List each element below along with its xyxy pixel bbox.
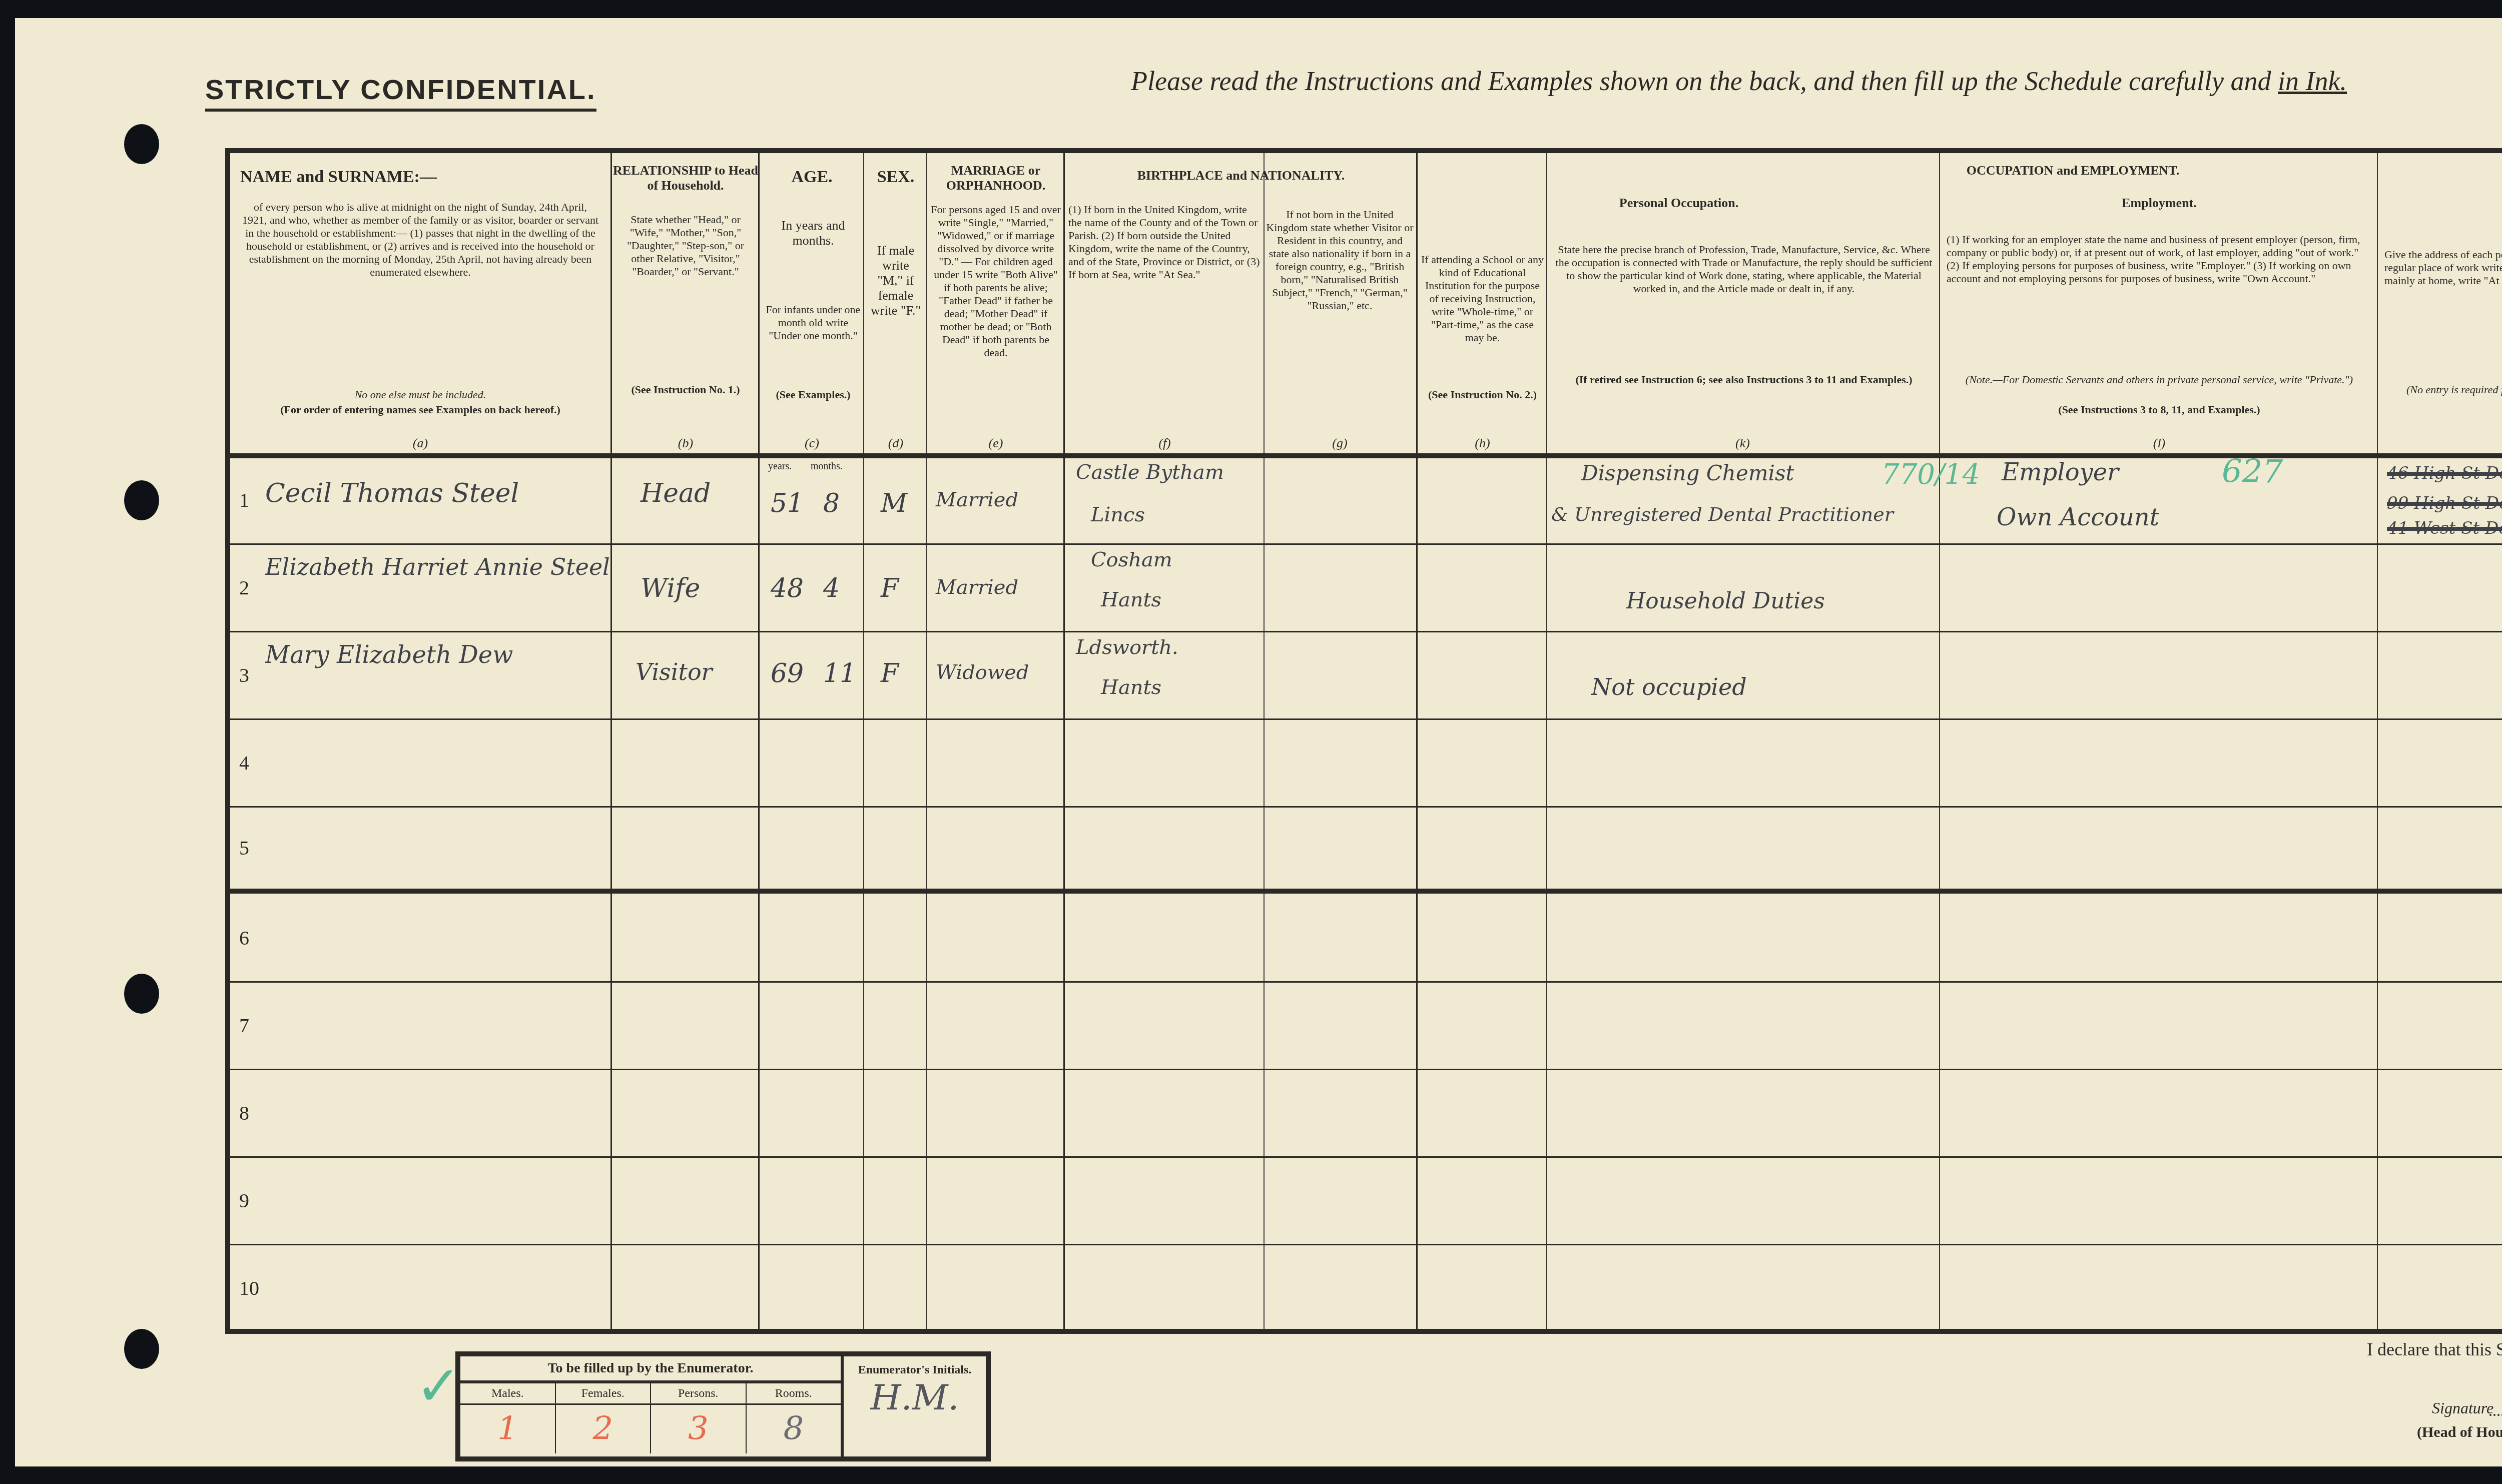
birthplace-town: Castle Bytham bbox=[1076, 461, 1224, 484]
col-l-title: Employment. bbox=[1942, 196, 2377, 211]
col-c-title: AGE. bbox=[761, 168, 863, 186]
age-months: 8 bbox=[823, 488, 840, 518]
occupation: Dispensing Chemist bbox=[1581, 461, 1794, 485]
col-c-letter: (c) bbox=[761, 436, 863, 451]
col-rule bbox=[1939, 153, 1940, 1329]
check-mark-icon: ✓ bbox=[415, 1354, 461, 1418]
sex: F bbox=[881, 658, 899, 688]
col-g-letter: (g) bbox=[1264, 436, 1416, 451]
row-number: 1 bbox=[239, 488, 249, 512]
age-years-label: years. bbox=[768, 461, 792, 472]
persons-value: 3 bbox=[651, 1405, 746, 1453]
col-h-body: If attending a School or any kind of Edu… bbox=[1421, 253, 1544, 344]
punch-hole bbox=[124, 124, 159, 164]
birthplace-town: Ldsworth. bbox=[1076, 636, 1178, 659]
birthplace-group-title: BIRTHPLACE and NATIONALITY. bbox=[1066, 168, 1416, 183]
row-number: 9 bbox=[239, 1189, 249, 1212]
marital-status: Married bbox=[936, 576, 1018, 599]
birthplace-county: Hants bbox=[1101, 676, 1161, 699]
personal-occupation-title: Personal Occupation. bbox=[1419, 196, 1939, 211]
employment-status-secondary: Own Account bbox=[1997, 503, 2159, 531]
males-label: Males. bbox=[460, 1383, 555, 1405]
col-b-title: RELATIONSHIP to Head of Household. bbox=[613, 163, 758, 193]
row-rule bbox=[230, 718, 2502, 720]
col-rule bbox=[1264, 153, 1265, 1329]
col-rule bbox=[1063, 153, 1065, 1329]
occupation: Not occupied bbox=[1591, 673, 1747, 700]
row-number: 4 bbox=[239, 751, 249, 775]
person-name: Elizabeth Harriet Annie Steel bbox=[265, 553, 610, 580]
col-a-letter: (a) bbox=[240, 436, 600, 451]
sex: M bbox=[881, 488, 907, 518]
males-cell: Males. 1 bbox=[460, 1383, 556, 1453]
birthplace-town: Cosham bbox=[1091, 548, 1172, 571]
col-d-letter: (d) bbox=[866, 436, 926, 451]
col-l-ref: (See Instructions 3 to 8, 11, and Exampl… bbox=[1947, 403, 2372, 416]
occupation-code: 770/14 bbox=[1882, 458, 1980, 491]
col-l-note: (Note.—For Domestic Servants and others … bbox=[1947, 373, 2372, 386]
relationship: Visitor bbox=[636, 658, 713, 685]
col-m-body: Give the address of each person's place … bbox=[2384, 248, 2502, 287]
females-value: 2 bbox=[556, 1405, 651, 1453]
col-m-title: Place of Work. bbox=[2379, 196, 2502, 211]
col-c-body: In years and months. bbox=[766, 218, 861, 248]
declaration-text: I declare that this Schedule is correctl… bbox=[2367, 1339, 2502, 1360]
age-years: 51 bbox=[771, 488, 804, 518]
col-h-ref: (See Instruction No. 2.) bbox=[1421, 388, 1544, 401]
person-name: Cecil Thomas Steel bbox=[265, 478, 519, 508]
instructions-text: Please read the Instructions and Example… bbox=[1131, 66, 2271, 96]
rooms-cell: Rooms. 8 bbox=[747, 1383, 841, 1453]
col-a-ref: (For order of entering names see Example… bbox=[240, 403, 600, 416]
signature-line bbox=[2489, 1414, 2502, 1416]
occupation: Household Duties bbox=[1626, 588, 1825, 614]
col-b-letter: (b) bbox=[613, 436, 758, 451]
rooms-value: 8 bbox=[747, 1405, 841, 1453]
persons-cell: Persons. 3 bbox=[651, 1383, 747, 1453]
age-years: 69 bbox=[771, 658, 804, 688]
occupation-secondary: & Unregistered Dental Practitioner bbox=[1551, 503, 1894, 525]
col-k-ref: (If retired see Instruction 6; see also … bbox=[1551, 373, 1937, 386]
col-rule bbox=[863, 153, 864, 1329]
occupation-group-title: OCCUPATION and EMPLOYMENT. bbox=[1419, 163, 2502, 178]
employment-code: 627 bbox=[2222, 453, 2283, 490]
household-table: NAME and SURNAME:— of every person who i… bbox=[225, 148, 2502, 1334]
place-of-work-struck: 46 High St Dereham bbox=[2387, 463, 2502, 483]
sex: F bbox=[881, 573, 899, 603]
col-rule bbox=[758, 153, 760, 1329]
initials-value: H.M. bbox=[844, 1377, 986, 1418]
signature-note: (Head of Household, Manager of Establish… bbox=[2417, 1424, 2502, 1441]
col-a-body: of every person who is alive at midnight… bbox=[240, 201, 600, 279]
col-f-letter: (f) bbox=[1066, 436, 1264, 451]
signature-label: Signature bbox=[2432, 1399, 2493, 1417]
col-c-note: For infants under one month old write "U… bbox=[766, 303, 861, 342]
col-k-letter: (k) bbox=[1546, 436, 1939, 451]
age-years: 48 bbox=[771, 573, 804, 603]
row-rule bbox=[230, 1244, 2502, 1245]
punch-hole bbox=[124, 1329, 159, 1369]
row-rule bbox=[230, 1156, 2502, 1158]
enumerator-box-title: To be filled up by the Enumerator. bbox=[460, 1356, 841, 1383]
row-number: 5 bbox=[239, 836, 249, 860]
col-k-body: State here the precise branch of Profess… bbox=[1551, 243, 1937, 295]
place-of-work-struck: 99 High St Dereham bbox=[2387, 493, 2502, 513]
col-m-letter: (m) bbox=[2379, 436, 2502, 451]
header-bottom-rule bbox=[230, 453, 2502, 458]
col-l-letter: (l) bbox=[1942, 436, 2377, 451]
col-d-title: SEX. bbox=[866, 168, 926, 186]
col-m-note: (No entry is required for any person who… bbox=[2384, 383, 2502, 396]
males-value: 1 bbox=[460, 1405, 555, 1453]
enumerator-totals-box: To be filled up by the Enumerator. Males… bbox=[455, 1351, 991, 1461]
col-g-body: If not born in the United Kingdom state … bbox=[1266, 208, 1414, 312]
row-number: 2 bbox=[239, 576, 249, 599]
birthplace-county: Lincs bbox=[1091, 503, 1145, 526]
col-h-letter: (h) bbox=[1419, 436, 1546, 451]
enumerator-initials-cell: Enumerator's Initials. H.M. bbox=[844, 1356, 986, 1456]
col-rule bbox=[2377, 153, 2378, 1329]
col-e-body: For persons aged 15 and over write "Sing… bbox=[931, 203, 1061, 359]
col-a-note: No one else must be included. bbox=[240, 388, 600, 401]
employment-status: Employer bbox=[2002, 458, 2119, 486]
age-months-label: months. bbox=[811, 461, 843, 472]
row-number: 10 bbox=[239, 1276, 259, 1300]
row-rule bbox=[230, 631, 2502, 632]
row-rule-thick bbox=[230, 889, 2502, 894]
marital-status: Married bbox=[936, 488, 1018, 511]
relationship: Wife bbox=[641, 573, 700, 603]
row-rule bbox=[230, 1069, 2502, 1070]
instructions-line: Please read the Instructions and Example… bbox=[1131, 66, 2347, 97]
person-name: Mary Elizabeth Dew bbox=[265, 641, 513, 669]
persons-label: Persons. bbox=[651, 1383, 746, 1405]
col-e-letter: (e) bbox=[928, 436, 1063, 451]
instructions-emphasis: in Ink. bbox=[2278, 66, 2347, 96]
row-rule bbox=[230, 543, 2502, 545]
females-label: Females. bbox=[556, 1383, 651, 1405]
age-months: 4 bbox=[823, 573, 840, 603]
col-rule bbox=[610, 153, 612, 1329]
row-number: 6 bbox=[239, 926, 249, 950]
initials-label: Enumerator's Initials. bbox=[844, 1356, 986, 1377]
row-number: 7 bbox=[239, 1014, 249, 1037]
col-rule bbox=[926, 153, 927, 1329]
confidential-heading: STRICTLY CONFIDENTIAL. bbox=[205, 73, 596, 112]
marital-status: Widowed bbox=[936, 661, 1029, 684]
col-d-body: If male write "M," if female write "F." bbox=[868, 243, 923, 318]
col-b-body: State whether "Head," or "Wife," "Mother… bbox=[615, 213, 756, 278]
col-e-title: MARRIAGE or ORPHANHOOD. bbox=[928, 163, 1063, 193]
col-b-ref: (See Instruction No. 1.) bbox=[615, 383, 756, 396]
census-schedule-page: STRICTLY CONFIDENTIAL. Please read the I… bbox=[15, 18, 2502, 1466]
col-l-body: (1) If working for an employer state the… bbox=[1947, 233, 2372, 285]
row-rule bbox=[230, 981, 2502, 983]
birthplace-county: Hants bbox=[1101, 588, 1161, 611]
row-rule bbox=[230, 806, 2502, 808]
row-number: 8 bbox=[239, 1101, 249, 1125]
col-c-ref: (See Examples.) bbox=[766, 388, 861, 401]
row-number: 3 bbox=[239, 663, 249, 687]
age-months: 11 bbox=[823, 658, 856, 688]
punch-hole bbox=[124, 974, 159, 1014]
col-f-body: (1) If born in the United Kingdom, write… bbox=[1068, 203, 1261, 281]
rooms-label: Rooms. bbox=[747, 1383, 841, 1405]
place-of-work-struck: 41 West St Dereham bbox=[2387, 518, 2502, 538]
col-rule bbox=[1546, 153, 1547, 1329]
col-rule bbox=[1416, 153, 1418, 1329]
females-cell: Females. 2 bbox=[556, 1383, 652, 1453]
relationship: Head bbox=[641, 478, 711, 508]
punch-hole bbox=[124, 480, 159, 520]
col-a-title: NAME and SURNAME:— bbox=[240, 168, 600, 186]
